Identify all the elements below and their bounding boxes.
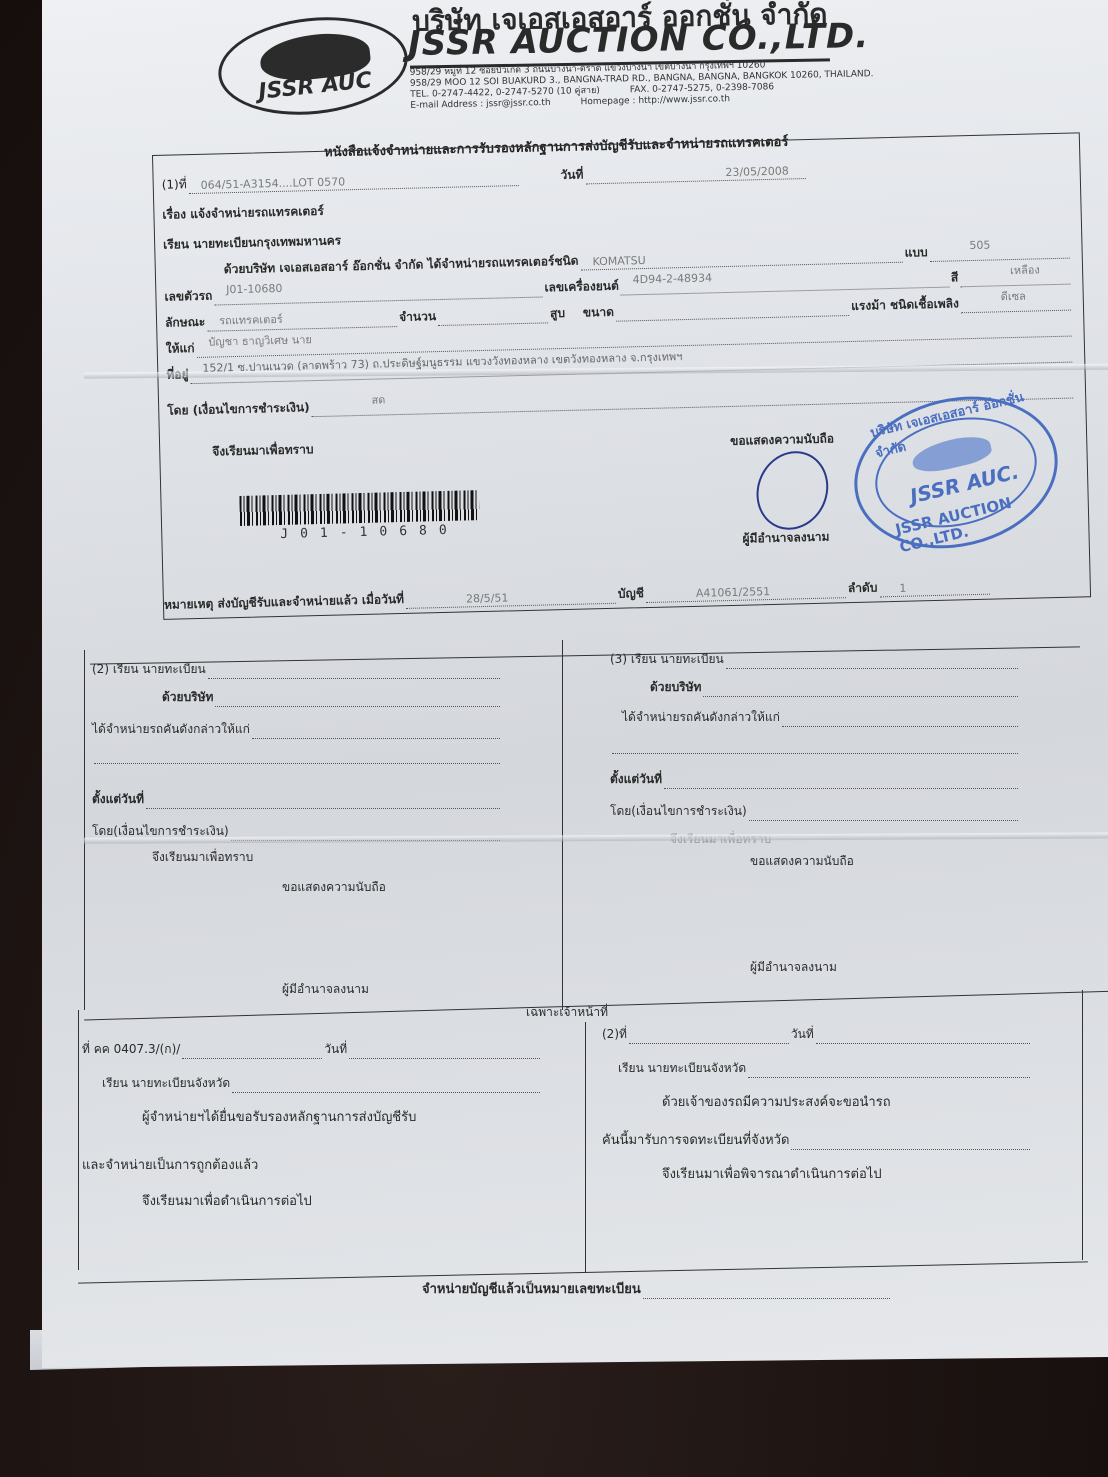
officials-left: ที่ คค 0407.3/(ก)/ วันที่ เรียน นายทะเบี… <box>82 1040 542 1240</box>
fuel-field: ดีเซล <box>961 297 1071 314</box>
section-3-addressee: (3) เรียน นายทะเบียน <box>610 650 724 669</box>
signature <box>744 440 840 541</box>
closing-text: จึงเรียนมาเพื่อทราบ <box>212 440 314 461</box>
size-field <box>616 302 850 322</box>
officials-left-line2: และจำหน่ายเป็นการถูกต้องแล้ว <box>82 1154 258 1175</box>
barcode-text: J01-10680 <box>280 523 459 542</box>
signatory-label: ผู้มีอำนาจลงนาม <box>742 528 829 549</box>
quantity-label: จำนวน <box>399 307 436 327</box>
color-field: เหลือง <box>960 271 1070 288</box>
plate-field: J01-10680 <box>214 284 542 306</box>
plate-label: เลขตัวรถ <box>164 287 212 307</box>
section-2-signatory: ผู้มีอำนาจลงนาม <box>282 980 369 999</box>
note-row: หมายเหตุ ส่งบัญชีรับและจำหน่ายแล้ว เมื่อ… <box>164 573 1080 614</box>
engine-field: 4D94-2-48934 <box>621 274 949 296</box>
section-3: (3) เรียน นายทะเบียน ด้วยบริษัท ได้จำหน่… <box>610 640 1020 940</box>
homepage: Homepage : http://www.jssr.co.th <box>581 94 731 108</box>
account-field: A41061/2551 <box>646 584 846 603</box>
section-2-regards: ขอแสดงความนับถือ <box>282 878 386 897</box>
officials-right-number: (2)ที่ <box>602 1025 627 1044</box>
footer-row: จำหน่ายบัญชีแล้วเป็นหมายเลขทะเบียน <box>422 1278 892 1299</box>
color-label: สี <box>951 268 959 287</box>
account-label: บัญชี <box>618 584 644 604</box>
fuel-label: แรงม้า ชนิดเชื้อเพลิง <box>851 294 959 316</box>
registration-number-field <box>643 1285 890 1299</box>
section-2-sold-to: ได้จำหน่ายรถคันดังกล่าวให้แก่ <box>92 720 250 739</box>
buyer-label: ให้แก่ <box>166 339 195 359</box>
officials-right-date: วันที่ <box>791 1025 814 1044</box>
section-2-addressee: (2) เรียน นายทะเบียน <box>92 660 206 679</box>
section-2-company: ด้วยบริษัท <box>162 688 213 707</box>
company-name-english: JSSR AUCTION CO.,LTD. <box>408 16 870 64</box>
regards-text: ขอแสดงความนับถือ <box>730 429 834 451</box>
officials-left-line3: จึงเรียนมาเพื่อดำเนินการต่อไป <box>142 1190 312 1211</box>
engine-label: เลขเครื่องยนต์ <box>544 277 619 298</box>
barcode <box>239 490 480 526</box>
section-3-sold-to: ได้จำหน่ายรถคันดังกล่าวให้แก่ <box>622 708 780 727</box>
footer-registration-label: จำหน่ายบัญชีแล้วเป็นหมายเลขทะเบียน <box>422 1278 641 1299</box>
officials-left-addressee: เรียน นายทะเบียนจังหวัด <box>102 1074 230 1093</box>
section-3-payment: โดย(เงื่อนไขการชำระเงิน) <box>610 802 747 821</box>
officials-right: (2)ที่ วันที่ เรียน นายทะเบียนจังหวัด ด้… <box>602 1025 1032 1225</box>
section-2-closing: จึงเรียนมาเพื่อทราบ <box>152 848 253 867</box>
note-date-field: 28/5/51 <box>406 590 616 609</box>
type-label: ลักษณะ <box>165 313 206 333</box>
officials-right-line2: คันนี้มารับการจดทะเบียนที่จังหวัด <box>602 1129 789 1150</box>
model-label: แบบ <box>904 243 927 263</box>
brand-field: KOMATSU <box>580 249 902 271</box>
column-divider <box>562 640 563 1010</box>
quantity-field <box>438 309 548 326</box>
sequence-field: 1 <box>879 581 989 598</box>
section-2-since: ตั้งแต่วันที่ <box>92 790 144 809</box>
cylinder-label: สูบ <box>550 304 565 323</box>
subject: เรื่อง แจ้งจำหน่ายรถแทรคเตอร์ <box>162 202 324 225</box>
section-3-company: ด้วยบริษัท <box>650 678 701 697</box>
officials-heading: เฉพาะเจ้าหน้าที่ <box>526 1003 608 1022</box>
intro-text: ด้วยบริษัท เจเอสเอสอาร์ อ๊อกชั่น จำกัด ไ… <box>224 252 579 280</box>
date-field: 23/05/2008 <box>585 165 805 184</box>
date-label: วันที่ <box>560 165 583 185</box>
section-3-regards: ขอแสดงความนับถือ <box>750 852 854 871</box>
section-2: (2) เรียน นายทะเบียน ด้วยบริษัท ได้จำหน่… <box>92 650 502 950</box>
note-label: หมายเหตุ ส่งบัญชีรับและจำหน่ายแล้ว เมื่อ… <box>164 590 404 615</box>
officials-right-line1: ด้วยเจ้าของรถมีความประสงค์จะขอนำรถ <box>662 1091 891 1112</box>
payment-label: โดย (เงื่อนไขการชำระเงิน) <box>167 398 310 420</box>
document-page: JSSR AUC บริษัท เจเอสเอสอาร์ ออกชั่น จำก… <box>42 0 1108 1368</box>
section-3-since: ตั้งแต่วันที่ <box>610 770 662 789</box>
size-label: ขนาด <box>583 303 614 323</box>
section-3-signatory: ผู้มีอำนาจลงนาม <box>750 958 837 977</box>
officials-left-number: ที่ คค 0407.3/(ก)/ <box>82 1040 180 1059</box>
doc-number-label: (1)ที่ <box>162 175 187 195</box>
officials-left-line1: ผู้จำหน่ายฯได้ยื่นขอรับรองหลักฐานการส่งบ… <box>142 1106 416 1127</box>
officials-right-line3: จึงเรียนมาเพื่อพิจารณาดำเนินการต่อไป <box>662 1163 882 1184</box>
addressee: เรียน นายทะเบียนกรุงเทพมหานคร <box>163 231 341 254</box>
sequence-label: ลำดับ <box>848 578 878 598</box>
officials-right-addressee: เรียน นายทะเบียนจังหวัด <box>618 1059 746 1078</box>
company-contact-block: 958/29 หมู่ที่ 12 ซอยบัวเกิด 3 ถนนบางนา-… <box>410 58 874 112</box>
doc-number-field: 064/51-A3154....LOT 0570 <box>189 172 519 194</box>
company-logo: JSSR AUC <box>214 8 413 123</box>
officials-left-date: วันที่ <box>324 1040 347 1059</box>
type-field: รถแทรคเตอร์ <box>207 313 397 332</box>
model-field: 505 <box>930 245 1070 262</box>
email: E-mail Address : jssr@jssr.co.th <box>410 98 550 112</box>
